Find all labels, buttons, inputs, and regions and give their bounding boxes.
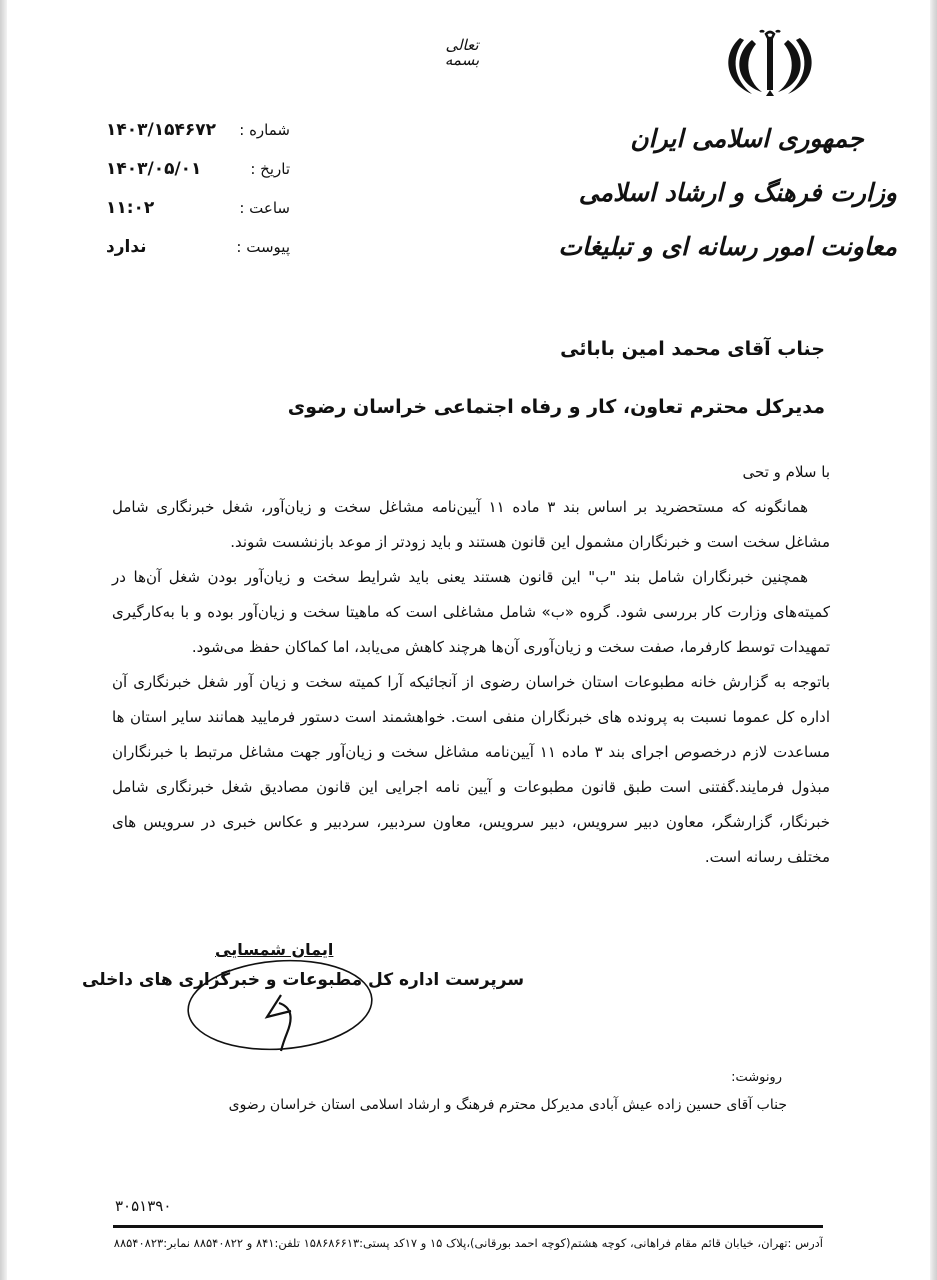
- number-value: ۱۴۰۳/۱۵۴۶۷۲: [100, 120, 230, 140]
- body-paragraph: باتوجه به گزارش خانه مطبوعات استان خراسا…: [112, 665, 830, 875]
- date-value: ۱۴۰۳/۰۵/۰۱: [100, 159, 230, 179]
- attachment-label: پیوست :: [230, 238, 290, 256]
- org-line-ministry: وزارت فرهنگ و ارشاد اسلامی: [597, 166, 897, 220]
- scan-edge-left: [0, 0, 7, 1280]
- addressee-name: جناب آقای محمد امین بابائی: [560, 338, 825, 360]
- footer-address: آدرس :تهران، خیابان قائم مقام فراهانی، ک…: [113, 1236, 823, 1250]
- meta-date: تاریخ : ۱۴۰۳/۰۵/۰۱: [100, 149, 290, 188]
- signatory-title: سرپرست اداره کل مطبوعات و خبرگزاری های د…: [82, 970, 524, 990]
- cc-label: رونوشت:: [731, 1070, 782, 1085]
- time-label: ساعت :: [230, 199, 290, 217]
- time-value: ۱۱:۰۲: [100, 198, 230, 218]
- bismillah-heading: تعالی بسمه: [432, 38, 492, 68]
- signatory-name: ایمان شمسایی: [215, 940, 333, 959]
- body-paragraph: همچنین خبرنگاران شامل بند "ب" این قانون …: [112, 560, 830, 665]
- cc-recipient: جناب آقای حسین زاده عیش آبادی مدیرکل محت…: [229, 1097, 787, 1113]
- scan-edge-right: [930, 0, 937, 1280]
- number-label: شماره :: [230, 121, 290, 139]
- bismillah-line-2: بسمه: [432, 53, 492, 68]
- iran-emblem-icon: [722, 28, 818, 100]
- document-code: ۳۰۵۱۳۹۰: [115, 1197, 171, 1215]
- organization-header: جمهوری اسلامی ایران وزارت فرهنگ و ارشاد …: [597, 112, 897, 274]
- attachment-value: ندارد: [100, 237, 230, 257]
- meta-attachment: پیوست : ندارد: [100, 227, 290, 266]
- date-label: تاریخ :: [230, 160, 290, 178]
- letter-body: با سلام و تحی همانگونه که مستحضرید بر اس…: [112, 455, 830, 875]
- org-line-country: جمهوری اسلامی ایران: [597, 112, 897, 166]
- meta-number: شماره : ۱۴۰۳/۱۵۴۶۷۲: [100, 110, 290, 149]
- greeting: با سلام و تحی: [112, 455, 830, 490]
- footer-divider: [113, 1225, 823, 1228]
- org-line-deputy: معاونت امور رسانه ای و تبلیغات: [597, 220, 897, 274]
- meta-time: ساعت : ۱۱:۰۲: [100, 188, 290, 227]
- letter-meta: شماره : ۱۴۰۳/۱۵۴۶۷۲ تاریخ : ۱۴۰۳/۰۵/۰۱ س…: [100, 110, 290, 266]
- addressee-title: مدیرکل محترم تعاون، کار و رفاه اجتماعی خ…: [288, 396, 825, 418]
- body-paragraph: همانگونه که مستحضرید بر اساس بند ۳ ماده …: [112, 490, 830, 560]
